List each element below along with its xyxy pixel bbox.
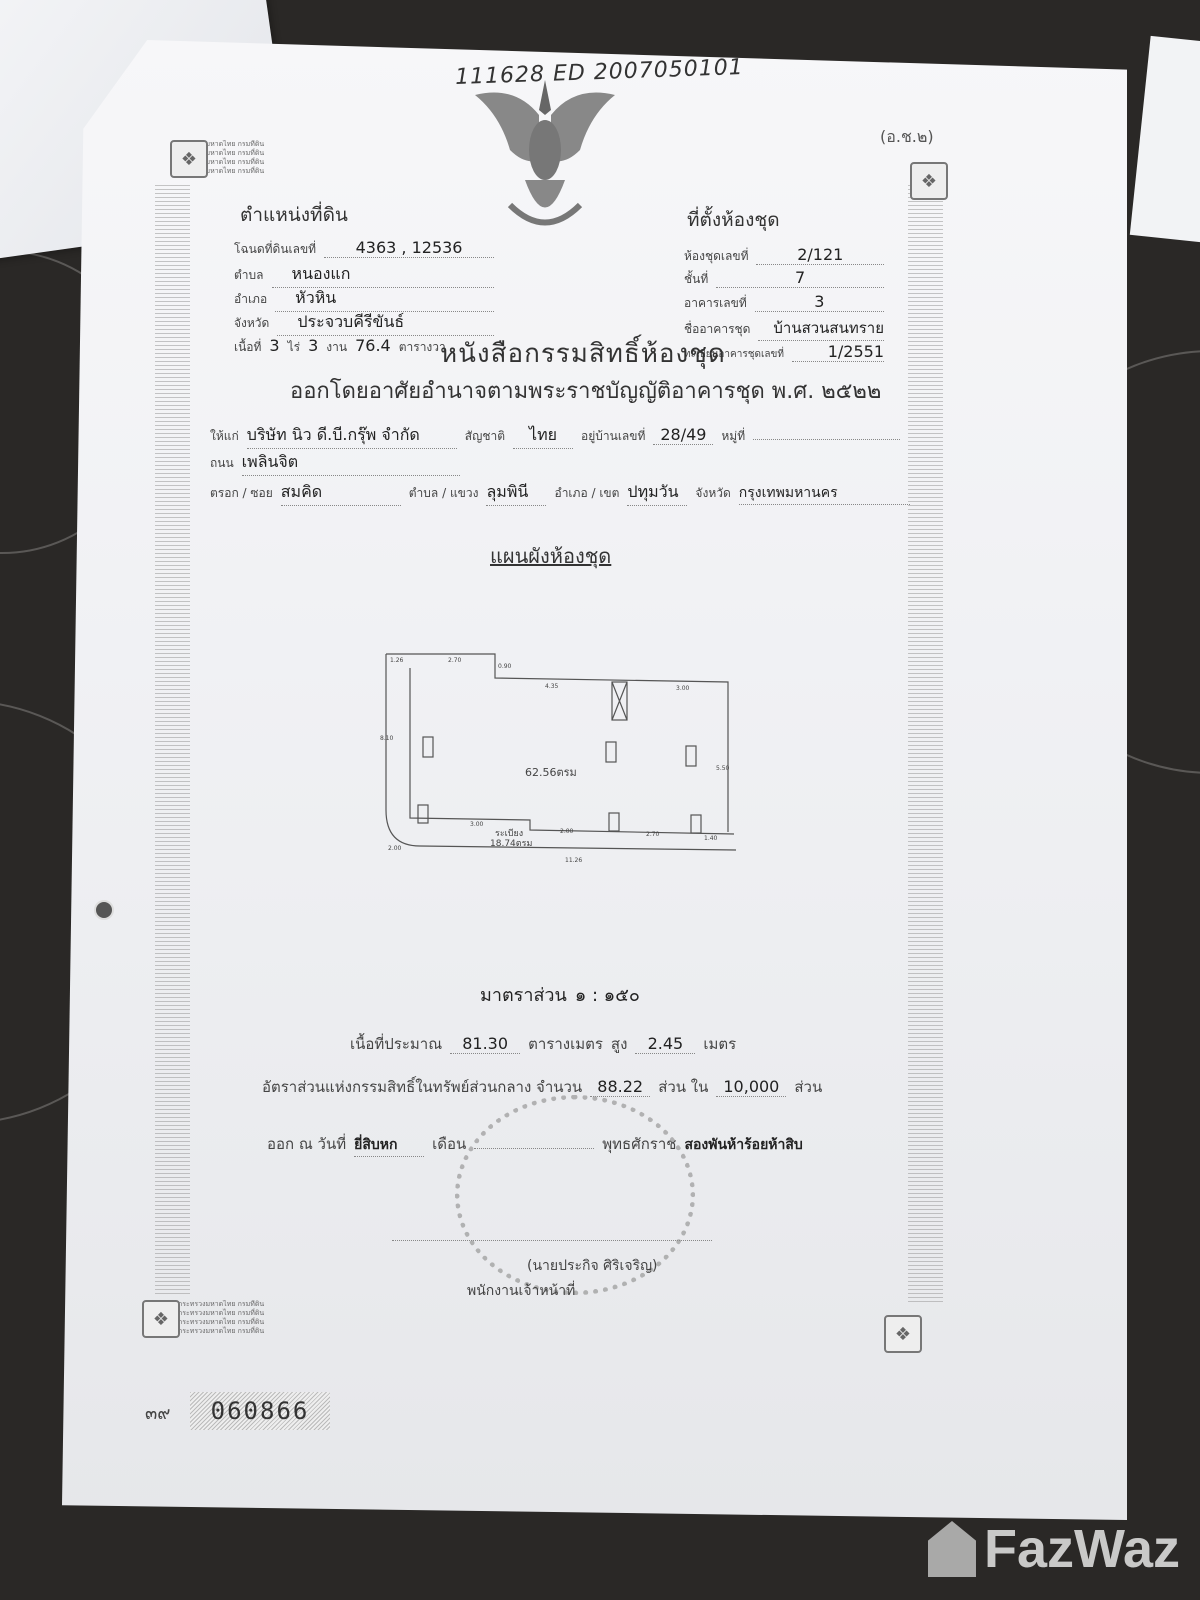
ornament-corner-icon: ❖ — [170, 140, 208, 178]
border-text-bottom: กระทรวงมหาดไทย กรมที่ดินกระทรวงมหาดไทย ก… — [178, 1300, 938, 1338]
owner-row: ให้แก่ บริษัท นิว ดี.บี.กรุ๊พ จำกัด สัญช… — [210, 423, 900, 449]
svg-text:2.00: 2.00 — [560, 828, 574, 835]
punch-hole — [94, 900, 114, 920]
unit-location-heading: ที่ตั้งห้องชุด — [687, 205, 780, 235]
svg-text:2.70: 2.70 — [646, 831, 660, 838]
road-row: ถนน เพลินจิต — [210, 450, 460, 476]
border-pattern-right — [908, 185, 943, 1305]
land-district-row: อำเภอ หัวหิน — [234, 286, 494, 312]
floor-plan-heading: แผนผังห้องชุด — [490, 540, 611, 572]
background-paper-right — [1130, 36, 1200, 244]
address-row: ตรอก / ซอย สมคิด ตำบล / แขวง ลุมพินี อำเ… — [210, 480, 910, 506]
svg-text:8.10: 8.10 — [380, 735, 394, 742]
ornament-corner-icon: ❖ — [884, 1315, 922, 1353]
unit-no-row: ห้องชุดเลขที่ 2/121 — [684, 245, 884, 266]
serial-number: 060866 — [190, 1392, 330, 1430]
scale-row: มาตราส่วน ๑ : ๑๕๐ — [480, 980, 640, 1009]
svg-text:11.26: 11.26 — [565, 857, 582, 864]
document-title: หนังสือกรรมสิทธิ์ห้องชุด — [440, 333, 726, 374]
land-subdistrict-row: ตำบล หนองแก — [234, 262, 494, 288]
floor-plan-drawing: 1.26 2.70 0.90 4.35 3.00 8.10 5.50 11.26… — [380, 650, 750, 880]
officer-title: พนักงานเจ้าหน้าที่ — [467, 1280, 575, 1302]
svg-text:62.56ตรม: 62.56ตรม — [525, 766, 577, 779]
building-row: อาคารเลขที่ 3 — [684, 292, 884, 313]
svg-text:1.40: 1.40 — [704, 835, 718, 842]
svg-text:18.74ตรม: 18.74ตรม — [490, 839, 532, 849]
watermark-brand: FazWaz — [928, 1518, 1180, 1580]
land-location-heading: ตำแหน่งที่ดิน — [240, 200, 348, 230]
ornament-corner-icon: ❖ — [910, 162, 948, 200]
svg-text:ระเบียง: ระเบียง — [495, 828, 523, 839]
svg-text:3.00: 3.00 — [676, 685, 690, 692]
svg-text:5.50: 5.50 — [716, 765, 730, 772]
signature-line — [392, 1240, 712, 1241]
unit-area-row: เนื้อที่ประมาณ 81.30 ตารางเมตร สูง 2.45 … — [350, 1032, 790, 1056]
officer-name: (นายประกิจ ศิริเจริญ) — [527, 1255, 657, 1277]
svg-text:3.00: 3.00 — [470, 821, 484, 828]
svg-text:2.00: 2.00 — [388, 845, 402, 852]
ornament-corner-icon: ❖ — [142, 1300, 180, 1338]
svg-text:0.90: 0.90 — [498, 663, 512, 670]
serial-prefix: ๓๙ — [145, 1398, 171, 1427]
fazwaz-logo-icon — [928, 1521, 976, 1577]
svg-text:1.26: 1.26 — [390, 657, 404, 664]
title-deed-row: โฉนดที่ดินเลขที่ 4363 , 12536 — [234, 238, 494, 259]
condo-title-deed: 111628 ED 2007050101 (อ.ช.๒) กระทรวงมหาด… — [62, 40, 1127, 1520]
border-text-top: กระทรวงมหาดไทย กรมที่ดินกระทรวงมหาดไทย ก… — [178, 140, 938, 182]
floor-row: ชั้นที่ 7 — [684, 268, 884, 289]
svg-text:2.70: 2.70 — [448, 657, 462, 664]
document-subtitle: ออกโดยอาศัยอำนาจตามพระราชบัญญัติอาคารชุด… — [290, 373, 881, 408]
svg-text:4.35: 4.35 — [545, 683, 559, 690]
border-pattern-left — [155, 185, 190, 1295]
